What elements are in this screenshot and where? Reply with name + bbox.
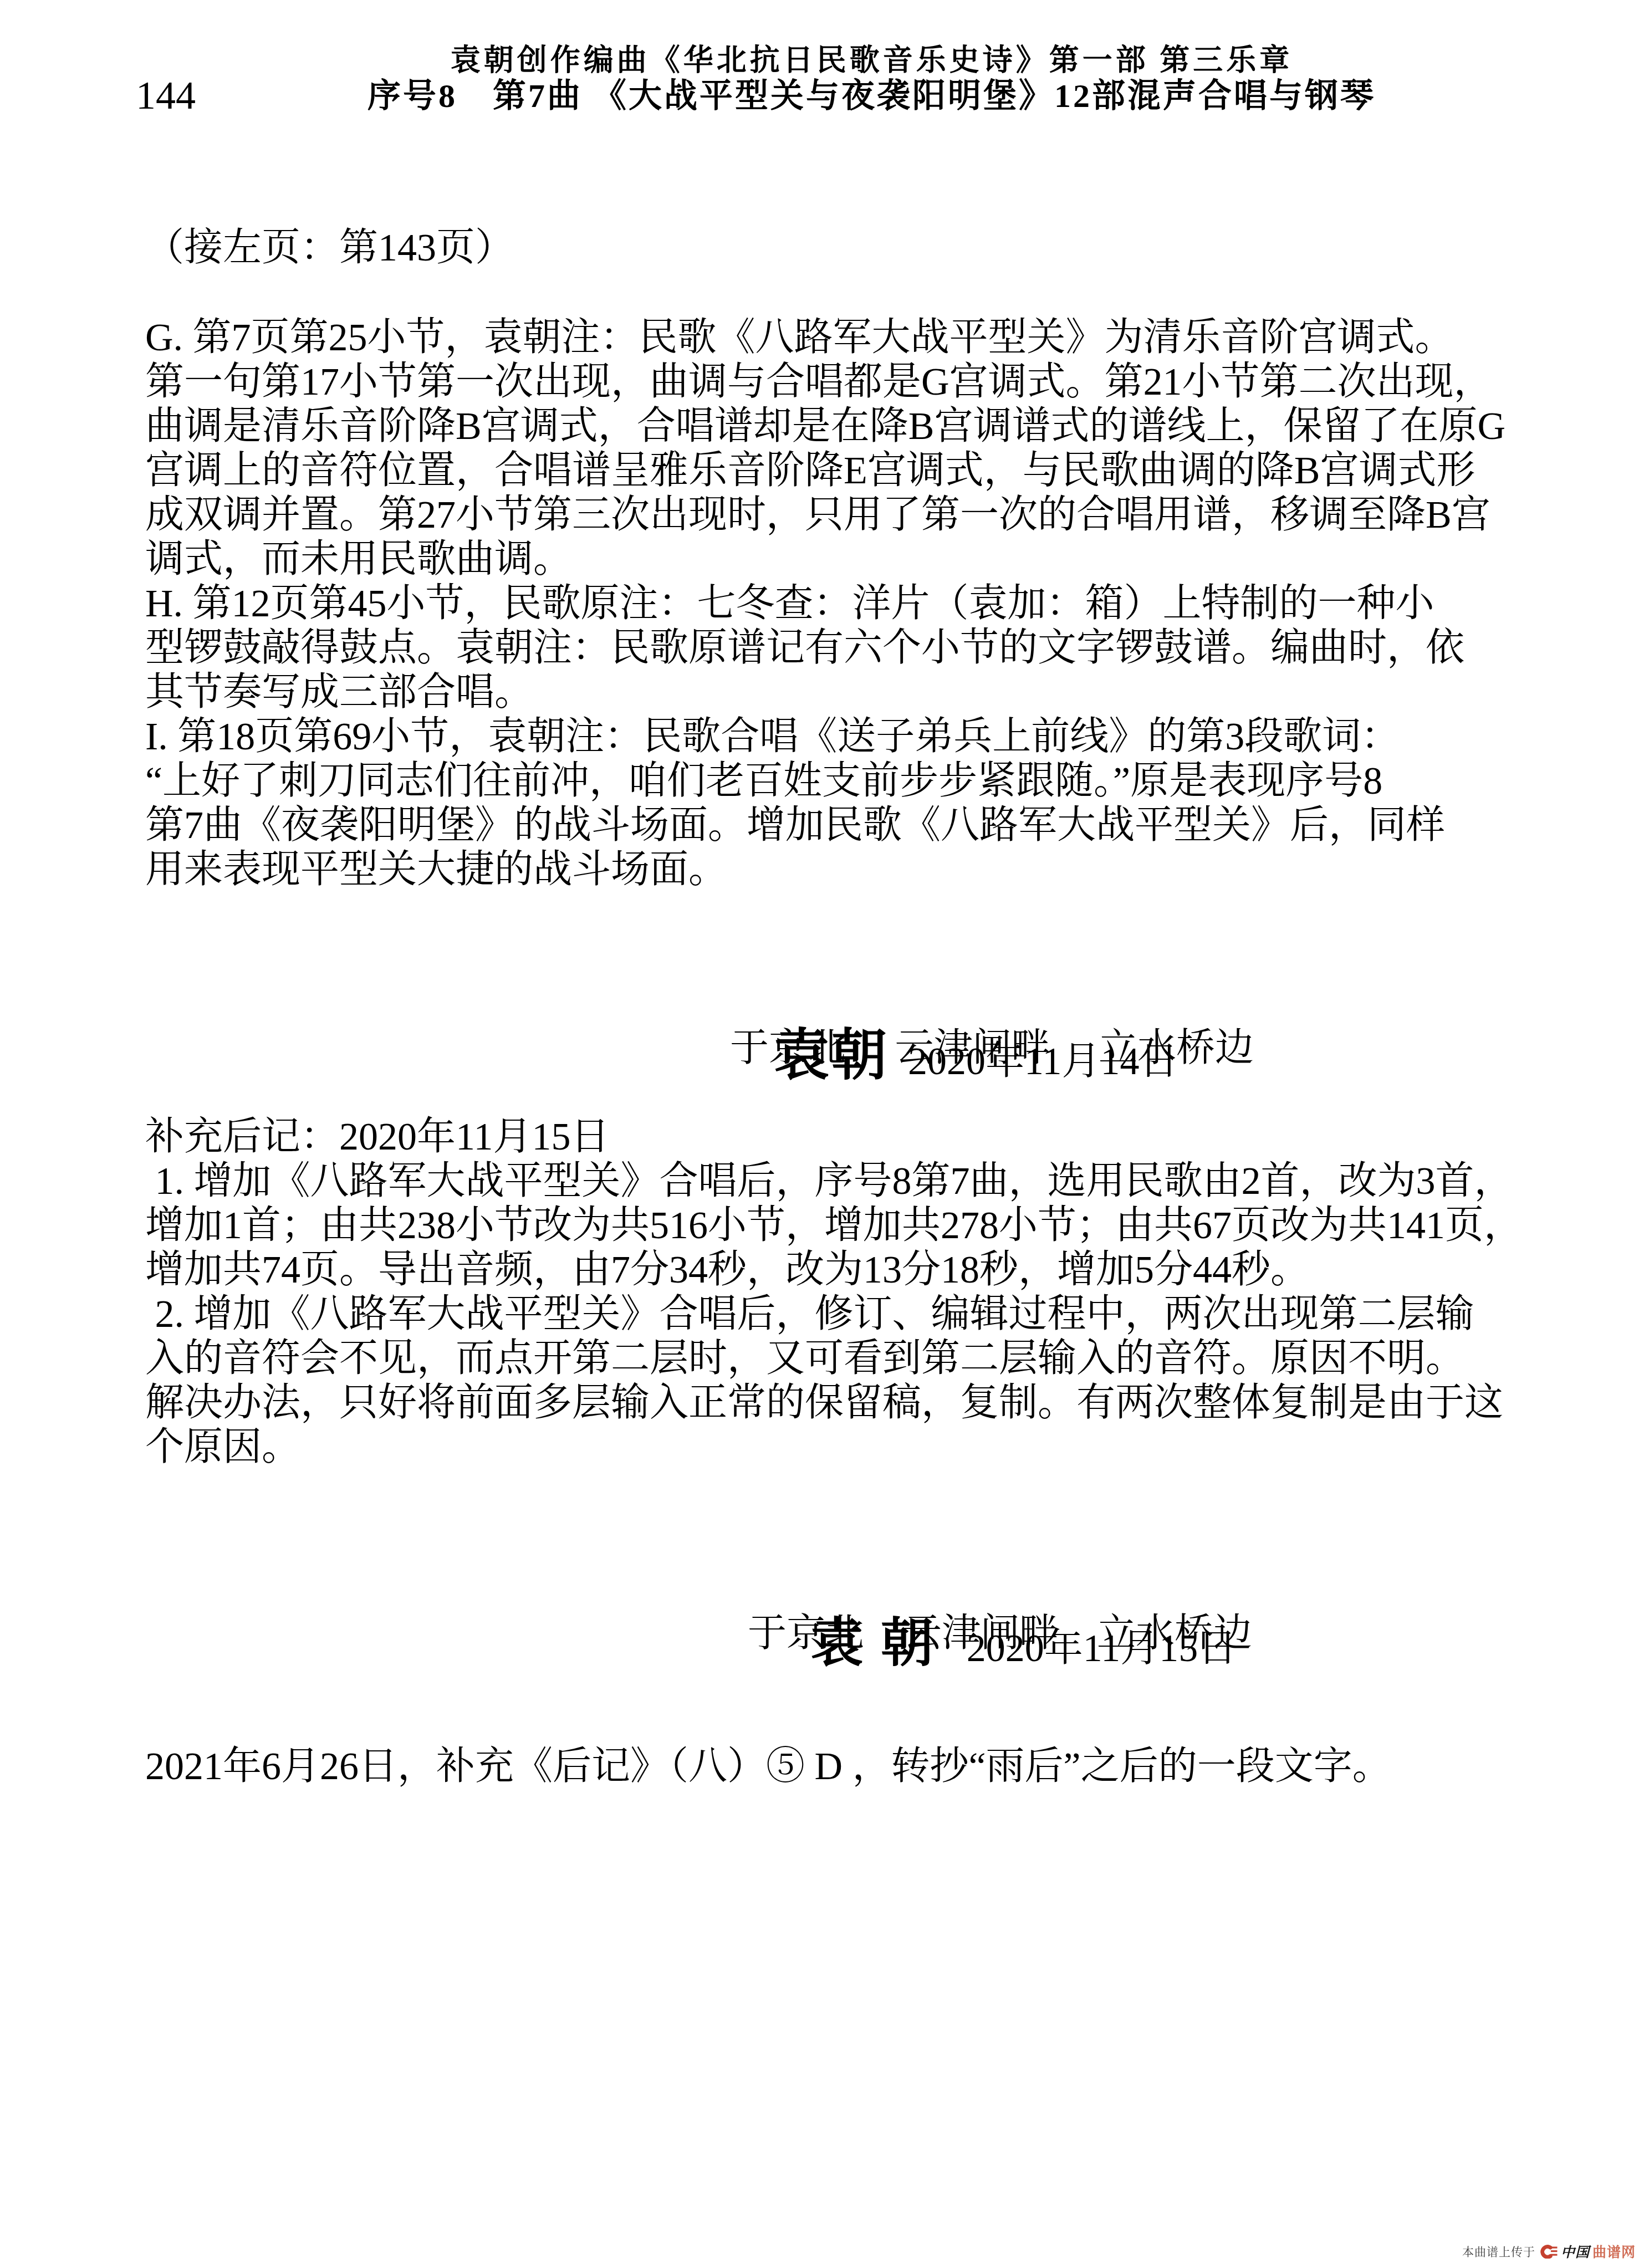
- annotation-notes: G. 第7页第25小节，袁朝注：民歌《八路军大战平型关》为清乐音阶宫调式。 第一…: [145, 316, 1505, 892]
- postscript-item2-line: 2. 增加《八路军大战平型关》合唱后，修订、编辑过程中，两次出现第二层输: [145, 1293, 1523, 1337]
- note-g-line: 宫调上的音符位置，合唱谱呈雅乐音阶降E宫调式，与民歌曲调的降B宫调式形: [145, 449, 1505, 493]
- note-i-line: 用来表现平型关大捷的战斗场面。: [145, 848, 1505, 892]
- postscript-item1-line: 增加1首；由共238小节改为共516小节，增加共278小节；由共67页改为共14…: [145, 1204, 1523, 1248]
- header-subtitle-line: 序号8 第7曲 《大战平型关与夜袭阳明堡》12部混声合唱与钢琴: [94, 78, 1649, 114]
- note-h-line: 型锣鼓敲得鼓点。袁朝注：民歌原谱记有六个小节的文字锣鼓谱。编曲时，依: [145, 626, 1505, 671]
- watermark-prefix: 本曲谱上传于: [1462, 2243, 1535, 2260]
- running-header: 袁朝创作编曲《华北抗日民歌音乐史诗》第一部 第三乐章 序号8 第7曲 《大战平型…: [0, 43, 1649, 114]
- note-g-line: 调式，而未用民歌曲调。: [145, 538, 1505, 582]
- header-title-line: 袁朝创作编曲《华北抗日民歌音乐史诗》第一部 第三乐章: [94, 43, 1649, 78]
- note-h-line: 其节奏写成三部合唱。: [145, 671, 1505, 715]
- note-i-line: “上好了刺刀同志们往前冲，咱们老百姓支前步步紧跟随。”原是表现序号8: [145, 759, 1505, 804]
- note-g-line: 成双调并置。第27小节第三次出现时，只用了第一次的合唱用谱，移调至降B宫: [145, 493, 1505, 538]
- score-postscript-page: 144 袁朝创作编曲《华北抗日民歌音乐史诗》第一部 第三乐章 序号8 第7曲 《…: [0, 0, 1649, 2268]
- watermark-brand-red: 曲谱网: [1592, 2241, 1636, 2261]
- note-g-line: 曲调是清乐音阶降B宫调式，合唱谱却是在降B宫调谱式的谱线上，保留了在原G: [145, 405, 1505, 449]
- signature-1-place: 于京北 云津闸畔 立水桥边: [730, 1026, 1254, 1071]
- note-i-line: I. 第18页第69小节，袁朝注：民歌合唱《送子弟兵上前线》的第3段歌词：: [145, 715, 1505, 759]
- note-g-line: 第一句第17小节第一次出现，曲调与合唱都是G宫调式。第21小节第二次出现，: [145, 360, 1505, 405]
- site-watermark: 本曲谱上传于 中国 曲谱网: [1462, 2241, 1636, 2261]
- postscript-item1-line: 1. 增加《八路军大战平型关》合唱后，序号8第7曲，选用民歌由2首，改为3首，: [145, 1159, 1523, 1204]
- supplementary-postscript: 补充后记：2020年11月15日 1. 增加《八路军大战平型关》合唱后，序号8第…: [145, 1115, 1523, 1470]
- addendum-note: 2021年6月26日，补充《后记》（八）⑤ D ，转抄“雨后”之后的一段文字。: [145, 1745, 1391, 1789]
- brand-logo-icon: [1539, 2244, 1558, 2259]
- watermark-brand-black: 中国: [1561, 2241, 1590, 2261]
- postscript-item2-line: 解决办法，只好将前面多层输入正常的保留稿，复制。有两次整体复制是由于这: [145, 1381, 1523, 1426]
- postscript-heading: 补充后记：2020年11月15日: [145, 1115, 1523, 1159]
- postscript-item1-line: 增加共74页。导出音频，由7分34秒，改为13分18秒，增加5分44秒。: [145, 1248, 1523, 1293]
- note-h-line: H. 第12页第45小节，民歌原注：七冬查：洋片（袁加：箱）上特制的一种小: [145, 582, 1505, 626]
- postscript-item2-line: 个原因。: [145, 1426, 1523, 1470]
- note-i-line: 第7曲《夜袭阳明堡》的战斗场面。增加民歌《八路军大战平型关》后，同样: [145, 804, 1505, 848]
- signature-2-place: 于京北 云津闸畔 立水桥边: [748, 1612, 1252, 1656]
- continuation-note: （接左页：第143页）: [145, 226, 514, 270]
- postscript-item2-line: 入的音符会不见，而点开第二层时，又可看到第二层输入的音符。原因不明。: [145, 1337, 1523, 1381]
- note-g-line: G. 第7页第25小节，袁朝注：民歌《八路军大战平型关》为清乐音阶宫调式。: [145, 316, 1505, 360]
